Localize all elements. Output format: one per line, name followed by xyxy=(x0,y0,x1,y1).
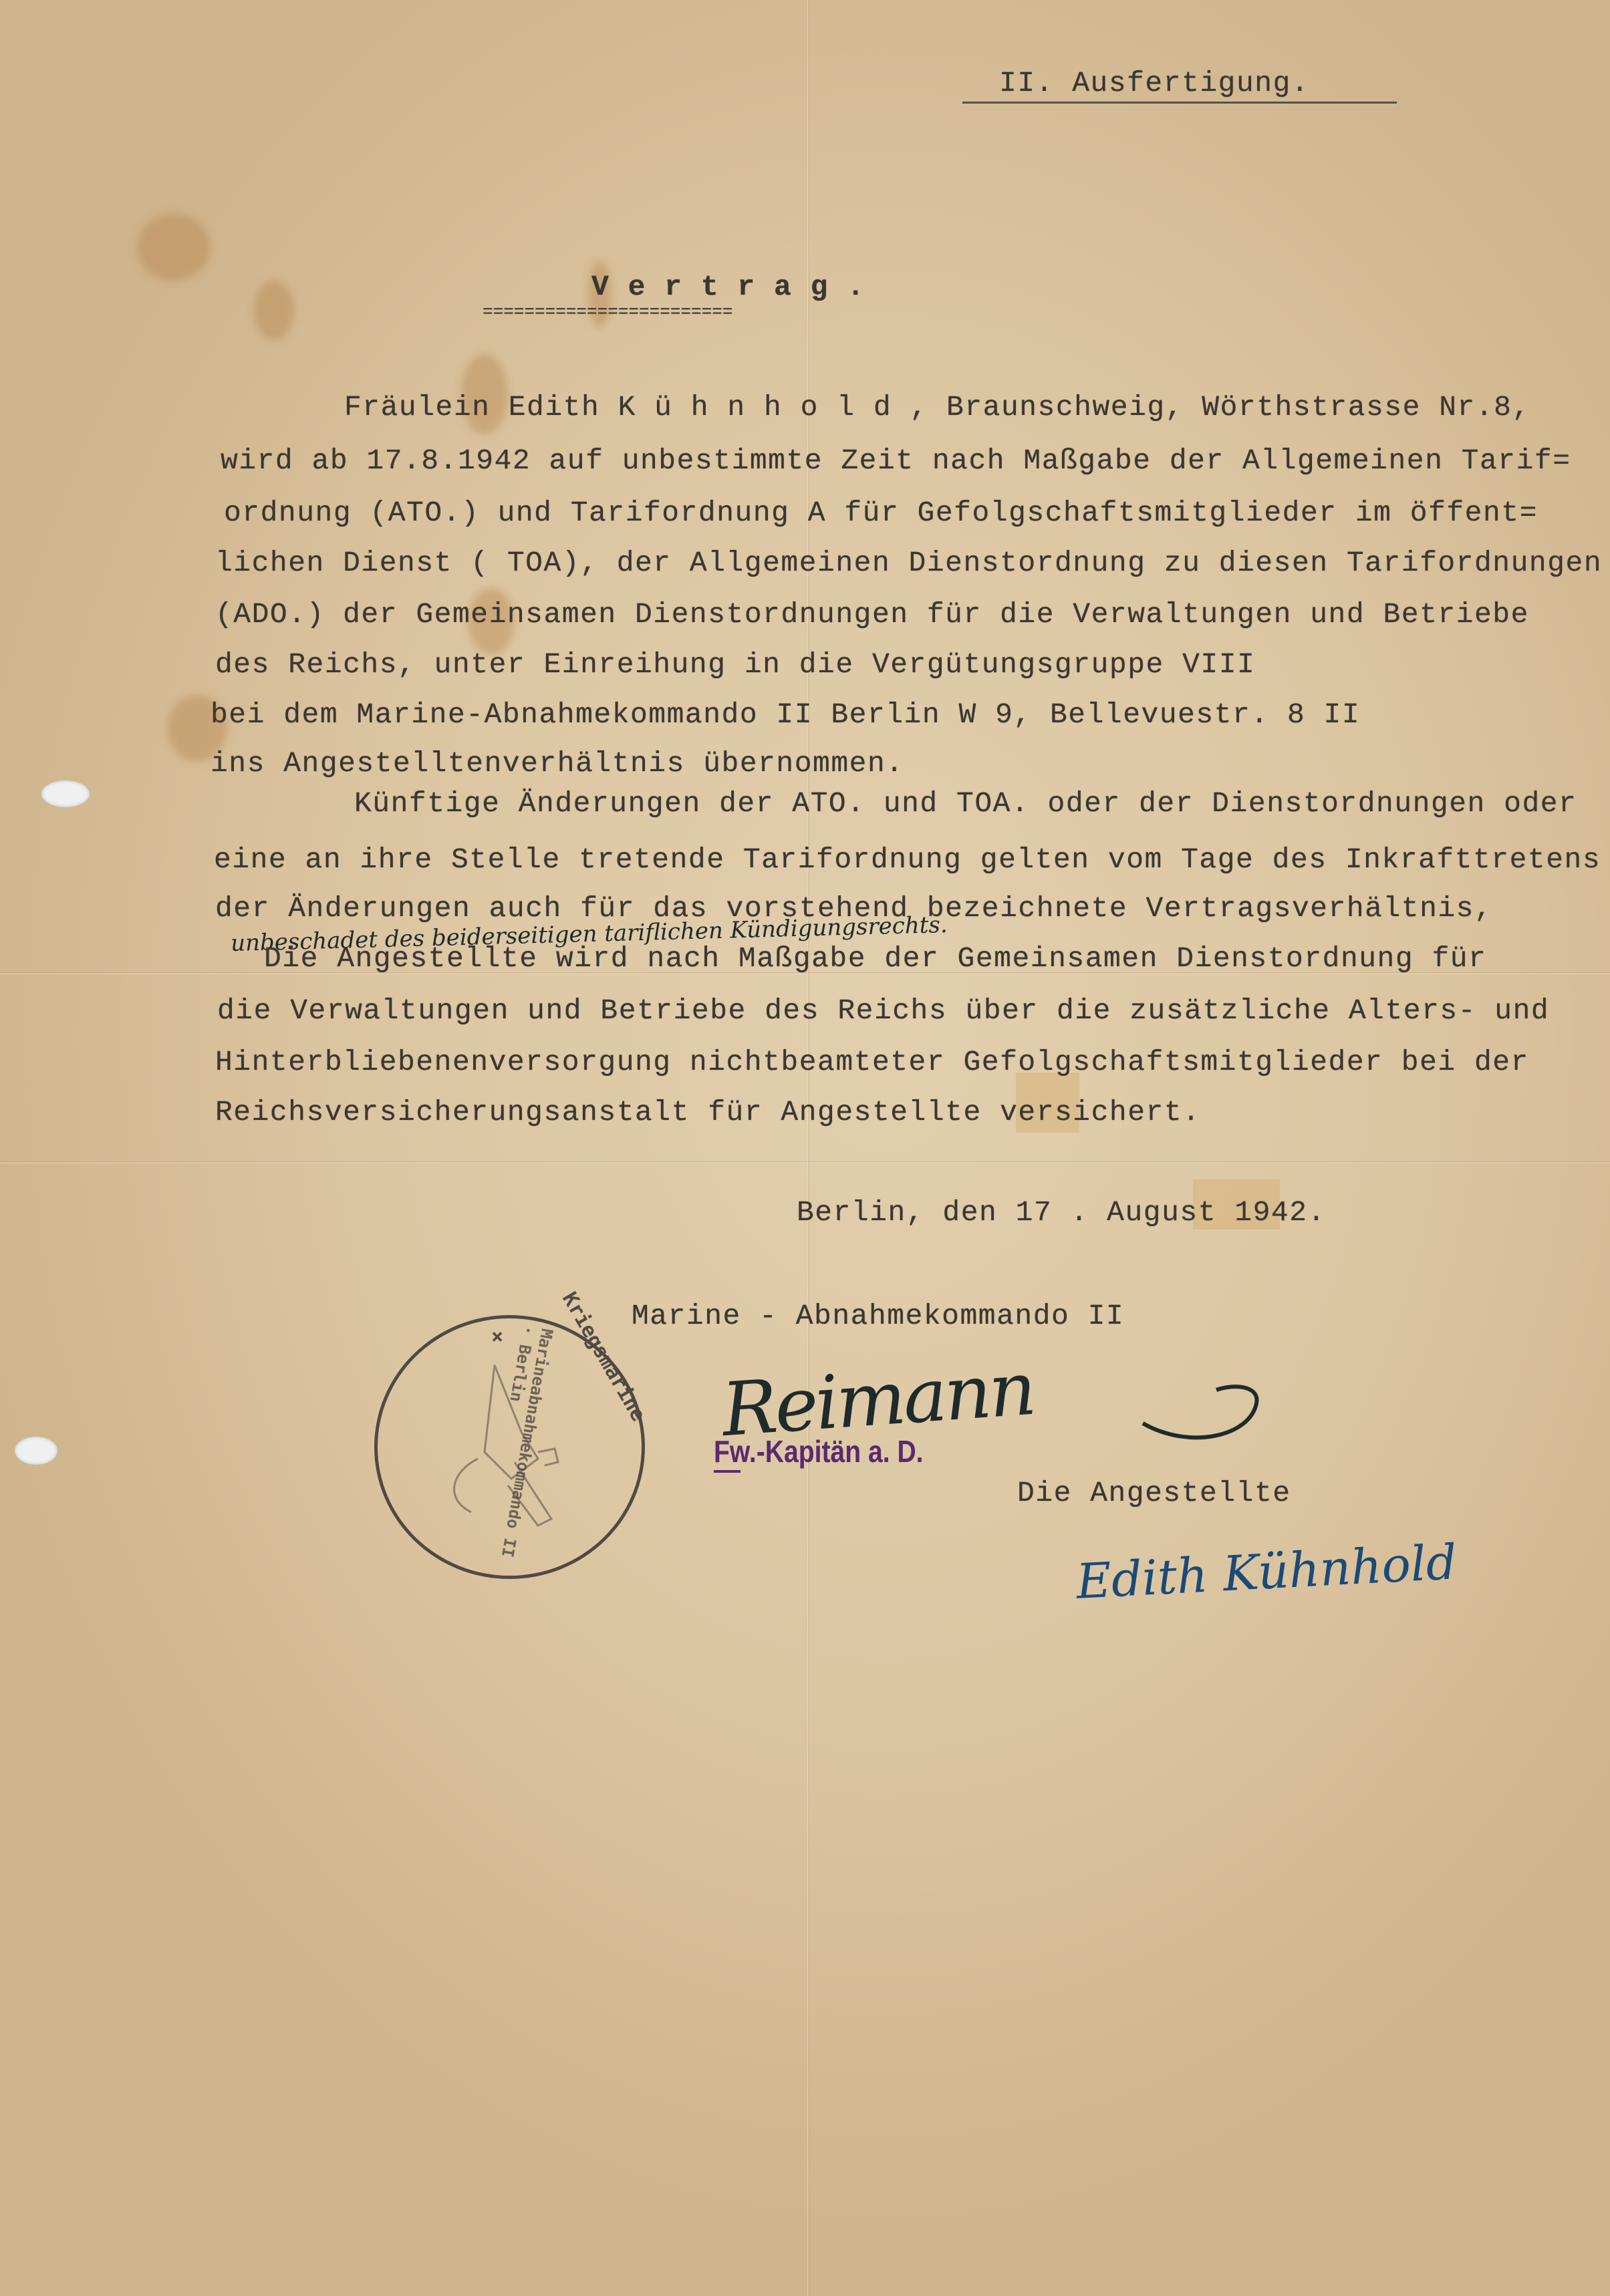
stain xyxy=(137,214,211,281)
copy-label-underline xyxy=(962,102,1397,104)
stain xyxy=(254,281,294,341)
issuer-name: Marine - Abnahmekommando II xyxy=(632,1300,1124,1332)
employee-label: Die Angestellte xyxy=(1017,1477,1291,1510)
body-line: Hinterbliebenenversorgung nichtbeamteter… xyxy=(215,1046,1529,1079)
official-seal: Kriegsmarine Marineabnahmekommando II · … xyxy=(374,1315,645,1579)
body-line: bei dem Marine-Abnahmekommando II Berlin… xyxy=(211,698,1360,731)
seal-separator: × xyxy=(491,1325,503,1348)
rank-stamp-underline xyxy=(714,1470,741,1473)
body-line: ordnung (ATO.) und Tarifordnung A für Ge… xyxy=(224,496,1538,529)
body-line: (ADO.) der Gemeinsamen Dienstordnungen f… xyxy=(215,598,1529,631)
employee-signature: Edith Kühnhold xyxy=(1075,1534,1458,1610)
body-line: die Verwaltungen und Betriebe des Reichs… xyxy=(217,994,1549,1027)
signature-flourish xyxy=(1136,1377,1270,1457)
body-line: des Reichs, unter Einreihung in die Verg… xyxy=(215,648,1255,681)
title-underline: ======================== xyxy=(483,302,732,322)
horizontal-fold-line xyxy=(0,1161,1610,1163)
body-line: wird ab 17.8.1942 auf unbestimmte Zeit n… xyxy=(221,444,1571,477)
vertical-fold-line xyxy=(807,0,809,2296)
body-line: eine an ihre Stelle tretende Tarifordnun… xyxy=(214,843,1601,876)
body-line: ins Angestelltenverhältnis übernommen. xyxy=(211,747,904,780)
punch-hole xyxy=(15,1437,57,1465)
body-line: Künftige Änderungen der ATO. und TOA. od… xyxy=(354,787,1577,820)
punch-hole xyxy=(41,780,90,807)
body-line: lichen Dienst ( TOA), der Allgemeinen Di… xyxy=(215,547,1602,579)
copy-label: II. Ausfertigung. xyxy=(999,67,1309,100)
document-title: V e r t r a g . xyxy=(591,271,865,303)
body-line: Reichsversicherungsanstalt für Angestell… xyxy=(215,1096,1200,1129)
body-line: Fräulein Edith K ü h n h o l d , Braunsc… xyxy=(344,391,1530,424)
place-date: Berlin, den 17 . August 1942. xyxy=(797,1196,1326,1229)
rank-stamp: Fw.-Kapitän a. D. xyxy=(714,1433,924,1469)
body-line: Die Angestellte wird nach Maßgabe der Ge… xyxy=(264,942,1486,975)
